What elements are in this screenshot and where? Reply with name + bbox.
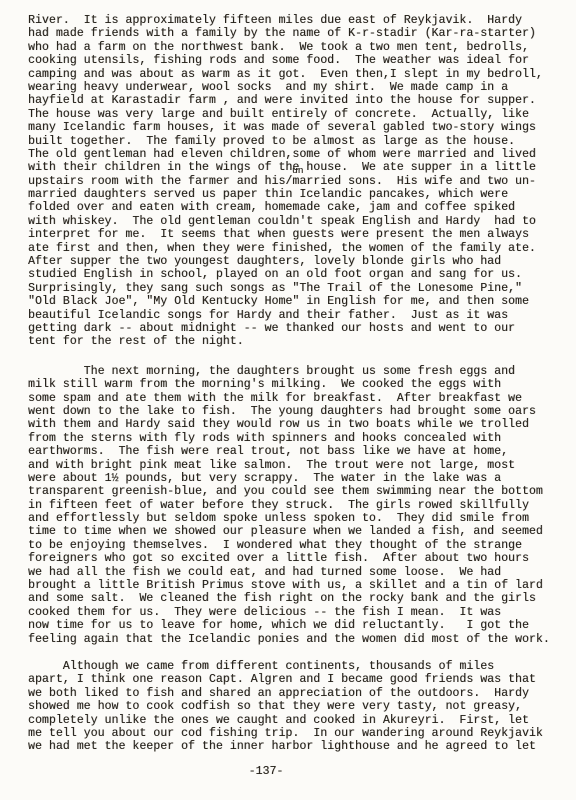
text-line: many Icelandic farm houses, it was made … — [28, 121, 562, 134]
page-number: -137- — [0, 765, 554, 778]
text-line: to be enjoying themselves. I wondered wh… — [28, 539, 562, 552]
text-line: went down to the lake to fish. The young… — [28, 405, 562, 418]
text-line: hayfield at Karastadir farm , and were i… — [28, 94, 562, 107]
text-line: getting dark -- about midnight -- we tha… — [28, 322, 562, 335]
text-line: The next morning, the daughters brought … — [28, 365, 562, 378]
text-line: wearing heavy underwear, wool socks and … — [28, 81, 562, 94]
text-line: who had a farm on the northwest bank. We… — [28, 41, 562, 54]
text-line: we both liked to fish and shared an appr… — [28, 687, 562, 700]
text-line: and some salt. We cleaned the fish right… — [28, 592, 562, 605]
text-line: built together. The family proved to be … — [28, 135, 562, 148]
text-line: The old gentleman had eleven children,so… — [28, 148, 562, 161]
text-line: "Old Black Joe", "My Old Kentucky Home" … — [28, 295, 562, 308]
text-line: we had met the keeper of the inner harbo… — [28, 740, 562, 753]
text-line: foreigners who got so excited over a lit… — [28, 552, 562, 565]
paragraph: The next morning, the daughters brought … — [28, 365, 562, 646]
text-line: now time for us to leave for home, which… — [28, 619, 562, 632]
text-line: Surprisingly, they sang such songs as "T… — [28, 282, 562, 295]
paragraph: River. It is approximately fifteen miles… — [28, 14, 562, 349]
text-line: brought a little British Primus stove wi… — [28, 579, 562, 592]
text-line: feeling again that the Icelandic ponies … — [28, 633, 562, 646]
document-text: River. It is approximately fifteen miles… — [28, 14, 562, 754]
text-line: apart, I think one reason Capt. Algren a… — [28, 673, 562, 686]
text-line: After supper the two youngest daughters,… — [28, 255, 562, 268]
text-line: The house was very large and built entir… — [28, 108, 562, 121]
text-line: time to time when we showed our pleasure… — [28, 525, 562, 538]
inserted-word-above-line: un — [292, 166, 303, 176]
text-line: some spam and ate them with the milk for… — [28, 392, 562, 405]
text-line: and effortlessly but seldom spoke unless… — [28, 512, 562, 525]
text-line: me tell you about our cod fishing trip. … — [28, 727, 562, 740]
text-line: with them and Hardy said they would row … — [28, 418, 562, 431]
text-line: cooking utensils, fishing rods and some … — [28, 54, 562, 67]
text-line: transparent greenish-blue, and you could… — [28, 485, 562, 498]
text-line: were about 1½ pounds, but very scrappy. … — [28, 472, 562, 485]
text-line: River. It is approximately fifteen miles… — [28, 14, 562, 27]
text-line: interpret for me. It seems that when gue… — [28, 228, 562, 241]
text-line: in fifteen feet of water before they str… — [28, 499, 562, 512]
text-line: beautiful Icelandic songs for Hardy and … — [28, 309, 562, 322]
text-line: cooked them for us. They were delicious … — [28, 606, 562, 619]
text-line: tent for the rest of the night. — [28, 335, 562, 348]
text-line: camping and was about as warm as it got.… — [28, 68, 562, 81]
text-line: studied English in school, played on an … — [28, 268, 562, 281]
text-line: from the sterns with fly rods with spinn… — [28, 432, 562, 445]
text-line: we had all the fish we could eat, and ha… — [28, 566, 562, 579]
text-line: married daughters served us paper thin I… — [28, 188, 562, 201]
text-line: ate first and then, when they were finis… — [28, 242, 562, 255]
text-line: had made friends with a family by the na… — [28, 27, 562, 40]
typewritten-page: River. It is approximately fifteen miles… — [0, 0, 576, 800]
text-line: completely unlike the ones we caught and… — [28, 714, 562, 727]
text-line: folded over and eaten with cream, homema… — [28, 201, 562, 214]
text-line: and with bright pink meat like salmon. T… — [28, 459, 562, 472]
text-line: Although we came from different continen… — [28, 660, 562, 673]
text-line: milk still warm from the morning's milki… — [28, 378, 562, 391]
text-line: showed me how to cook codfish so that th… — [28, 700, 562, 713]
text-line: upstairs room with the farmer and his/ma… — [28, 175, 562, 188]
paragraph: Although we came from different continen… — [28, 660, 562, 754]
text-line: earthworms. The fish were real trout, no… — [28, 445, 562, 458]
text-line: with whiskey. The old gentleman couldn't… — [28, 215, 562, 228]
